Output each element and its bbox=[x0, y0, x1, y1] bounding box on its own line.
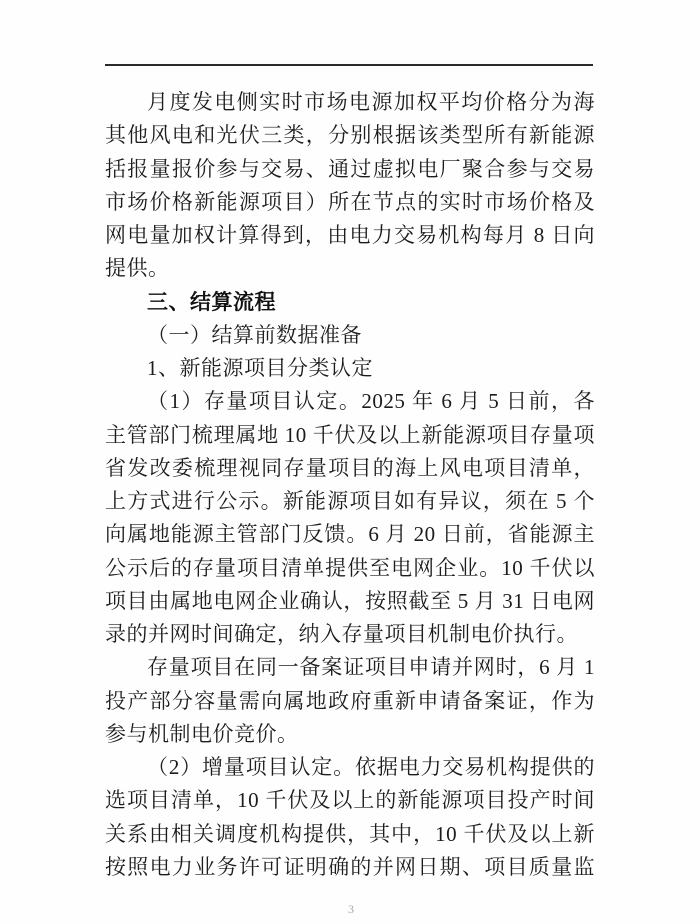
text-line: 主管部门梳理属地 10 千伏及以上新能源项目存量项目清单； bbox=[105, 419, 595, 452]
document-page: 月度发电侧实时市场电源加权平均价格分为海上风电、其他风电和光伏三类，分别根据该类… bbox=[0, 0, 700, 924]
text-line: 提供。 bbox=[105, 252, 595, 285]
text-line: 存量项目在同一备案证项目申请并网时，6 月 1 日起新 bbox=[105, 651, 595, 684]
document-content: 月度发电侧实时市场电源加权平均价格分为海上风电、其他风电和光伏三类，分别根据该类… bbox=[105, 86, 595, 884]
text-line: 向属地能源主管部门反馈。6 月 20 日前，省能源主管部门将 bbox=[105, 518, 595, 551]
header-rule bbox=[105, 64, 593, 66]
text-line: 公示后的存量项目清单提供至电网企业。10 千伏以下新能源 bbox=[105, 552, 595, 585]
text-line: 上方式进行公示。新能源项目如有异议，须在 5 个工作日内 bbox=[105, 485, 595, 518]
subsection-heading: （一）结算前数据准备 bbox=[105, 319, 595, 352]
text-line: 录的并网时间确定，纳入存量项目机制电价执行。 bbox=[105, 618, 595, 651]
section-heading: 三、结算流程 bbox=[105, 286, 595, 319]
text-line: （2）增量项目认定。依据电力交易机构提供的竞价入 bbox=[105, 751, 595, 784]
page-number: 3 bbox=[344, 902, 358, 916]
text-line: 选项目清单，10 千伏及以上的新能源项目投产时间根据调管 bbox=[105, 784, 595, 817]
text-line: （1）存量项目认定。2025 年 6 月 5 日前，各地市能源 bbox=[105, 385, 595, 418]
text-line: 1、新能源项目分类认定 bbox=[105, 352, 595, 385]
text-line: 其他风电和光伏三类，分别根据该类型所有新能源项目（包 bbox=[105, 119, 595, 152]
text-line: 投产部分容量需向属地政府重新申请备案证，作为增量项目 bbox=[105, 685, 595, 718]
text-line: 省发改委梳理视同存量项目的海上风电项目清单，并通过线 bbox=[105, 452, 595, 485]
text-line: 关系由相关调度机构提供，其中，10 千伏及以上新能源项目 bbox=[105, 818, 595, 851]
text-line: 月度发电侧实时市场电源加权平均价格分为海上风电、 bbox=[105, 86, 595, 119]
text-line: 参与机制电价竞价。 bbox=[105, 718, 595, 751]
text-line: 括报量报价参与交易、通过虚拟电厂聚合参与交易以及接受 bbox=[105, 153, 595, 186]
text-line: 按照电力业务许可证明确的并网日期、项目质量监督并网意 bbox=[105, 851, 595, 884]
text-line: 市场价格新能源项目）所在节点的实时市场价格及其分时上 bbox=[105, 186, 595, 219]
text-line: 网电量加权计算得到，由电力交易机构每月 8 日向电网企业 bbox=[105, 219, 595, 252]
text-line: 项目由属地电网企业确认，按照截至 5 月 31 日电网企业记 bbox=[105, 585, 595, 618]
